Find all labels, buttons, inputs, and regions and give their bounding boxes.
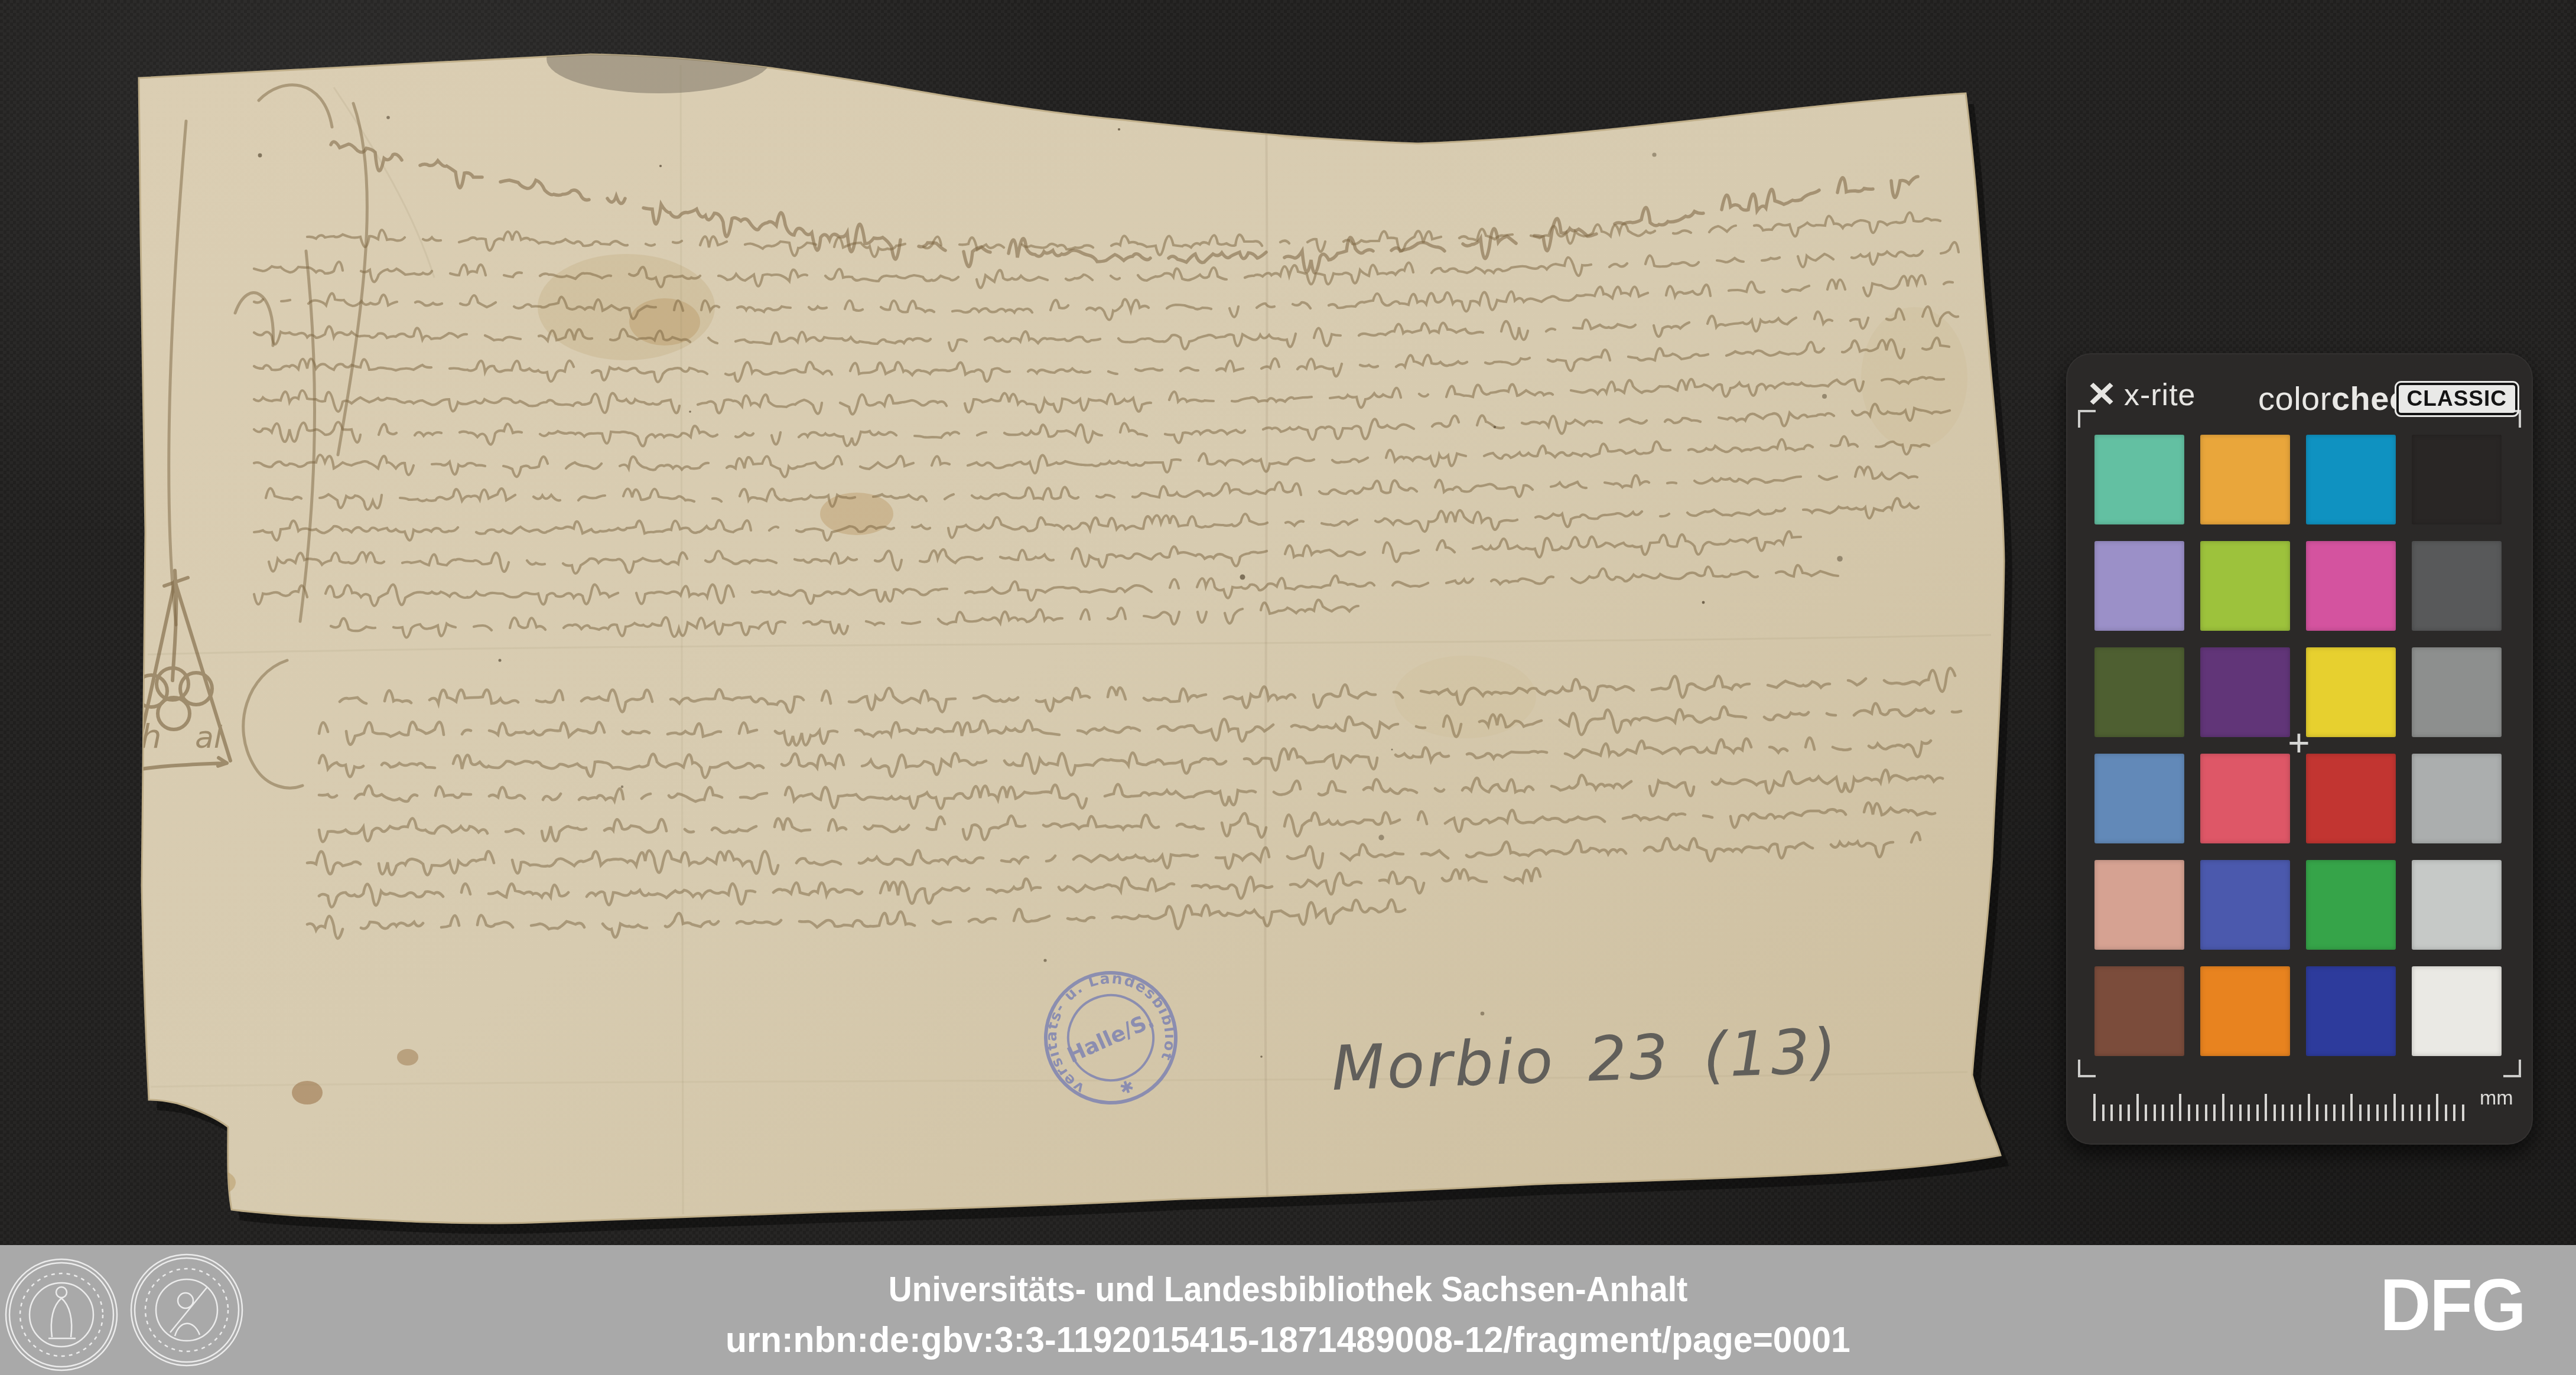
ink-speck: [1391, 749, 1393, 751]
color-patch: [2412, 435, 2502, 524]
color-patch: [2306, 435, 2396, 524]
ink-speck: [1481, 1012, 1485, 1016]
ink-speck: [1652, 152, 1656, 157]
ruler-tick: [2188, 1104, 2190, 1121]
ruler-tick: [2282, 1104, 2284, 1121]
color-patch: [2200, 754, 2290, 843]
ink-speck: [1837, 556, 1843, 562]
x-rite-brand: ✕ x-rite: [2086, 377, 2196, 413]
ruler-tick: [2367, 1104, 2370, 1121]
ruler-tick: [2110, 1104, 2113, 1121]
crop-mark-bottom-right: [2503, 1060, 2521, 1077]
ink-speck: [1118, 128, 1120, 131]
ruler-tick: [2230, 1104, 2233, 1121]
ruler-tick: [2333, 1104, 2336, 1121]
ink-speck: [621, 786, 623, 788]
ink-speck: [1260, 1055, 1263, 1058]
institution-name: Universitäts- und Landesbibliothek Sachs…: [889, 1269, 1688, 1309]
ruler-tick: [2196, 1104, 2198, 1121]
color-patch: [2412, 541, 2502, 631]
ruler-tick: [2419, 1104, 2421, 1121]
ruler-tick: [2299, 1104, 2301, 1121]
ruler: [2093, 1090, 2471, 1121]
ruler-tick: [2265, 1094, 2267, 1121]
color-patch: [2412, 647, 2502, 737]
ruler-tick: [2291, 1104, 2293, 1121]
ink-speck: [659, 165, 662, 167]
color-patch: [2412, 754, 2502, 843]
color-patch: [2094, 541, 2184, 631]
ink-speck: [258, 154, 262, 158]
urn-identifier: urn:nbn:de:gbv:3:3-1192015415-1871489008…: [726, 1319, 1850, 1361]
ruler-tick: [2239, 1104, 2242, 1121]
ruler-tick: [2213, 1104, 2216, 1121]
crop-mark-top-right: [2503, 410, 2521, 428]
ink-speck: [689, 410, 691, 413]
color-patch: [2200, 541, 2290, 631]
ruler-tick: [2248, 1104, 2250, 1121]
color-patch: [2200, 860, 2290, 950]
color-patch: [2094, 435, 2184, 524]
color-patch: [2306, 966, 2396, 1056]
color-patch: [2306, 754, 2396, 843]
scan-page: h al Universitäts- u. Landesbibliothek ✱…: [0, 0, 2576, 1375]
ruler-tick: [2385, 1104, 2387, 1121]
ink-speck: [1494, 426, 1496, 428]
ruler-tick: [2350, 1094, 2353, 1121]
ruler-tick: [2428, 1104, 2430, 1121]
notarial-letter-right: al: [195, 720, 223, 755]
color-patch: [2094, 966, 2184, 1056]
ruler-tick: [2453, 1104, 2455, 1121]
ruler-tick: [2359, 1104, 2362, 1121]
ruler-tick: [2273, 1104, 2276, 1121]
footer-bar: Universitäts- und Landesbibliothek Sachs…: [0, 1245, 2576, 1375]
ruler-unit-label: mm: [2480, 1087, 2513, 1110]
ruler-tick: [2376, 1104, 2379, 1121]
ruler-tick: [2462, 1104, 2464, 1121]
color-patch: [2306, 541, 2396, 631]
color-patch: [2306, 860, 2396, 950]
ruler-tick: [2205, 1104, 2207, 1121]
ruler-tick: [2308, 1094, 2310, 1121]
ruler-tick: [2325, 1104, 2327, 1121]
ink-speck: [1822, 394, 1827, 399]
ruler-tick: [2222, 1094, 2224, 1121]
color-patch: [2094, 754, 2184, 843]
ink-speck: [1043, 959, 1046, 962]
ruler-tick: [2162, 1104, 2164, 1121]
ruler-tick: [2136, 1094, 2139, 1121]
center-cross-mark: +: [2286, 730, 2312, 756]
ink-speck: [1240, 575, 1245, 580]
ruler-tick: [2179, 1094, 2181, 1121]
ruler-tick: [2102, 1104, 2105, 1121]
color-patch: [2412, 860, 2502, 950]
ruler-tick: [2128, 1104, 2130, 1121]
ruler-tick: [2342, 1104, 2344, 1121]
ruler-tick: [2316, 1104, 2318, 1121]
color-patch: [2200, 966, 2290, 1056]
ruler-tick: [2393, 1094, 2396, 1121]
crop-mark-bottom-left: [2078, 1060, 2096, 1077]
ruler-tick: [2402, 1104, 2404, 1121]
footer-text-block: Universitäts- und Landesbibliothek Sachs…: [0, 1269, 2576, 1361]
x-rite-logo-icon: ✕: [2086, 378, 2117, 413]
ruler-tick: [2145, 1104, 2147, 1121]
ink-speck: [1702, 601, 1705, 604]
ink-speck: [499, 659, 502, 662]
color-patch: [2200, 435, 2290, 524]
ink-speck: [1378, 835, 1384, 840]
ruler-tick: [2093, 1094, 2096, 1121]
x-rite-brand-name: x-rite: [2124, 377, 2196, 413]
ruler-tick: [2445, 1104, 2447, 1121]
color-checker-card: ✕ x-rite colorchecker CLASSIC + mm: [2066, 353, 2533, 1145]
crop-mark-top-left: [2078, 410, 2096, 428]
color-patch: [2412, 966, 2502, 1056]
ruler-tick: [2154, 1104, 2156, 1121]
ruler-tick: [2411, 1104, 2413, 1121]
dfg-logo: DFG: [2380, 1269, 2525, 1342]
color-patch: [2200, 647, 2290, 737]
ruler-tick: [2119, 1104, 2122, 1121]
color-patch: [2094, 860, 2184, 950]
classic-badge: CLASSIC: [2396, 383, 2518, 415]
color-checker-header: ✕ x-rite colorchecker CLASSIC: [2066, 371, 2533, 421]
color-patch: [2306, 647, 2396, 737]
ink-speck: [386, 116, 390, 119]
ruler-tick: [2256, 1104, 2259, 1121]
color-patch: [2094, 647, 2184, 737]
ruler-tick: [2171, 1104, 2173, 1121]
ruler-tick: [2436, 1094, 2438, 1121]
wordmark-light: color: [2258, 380, 2331, 417]
